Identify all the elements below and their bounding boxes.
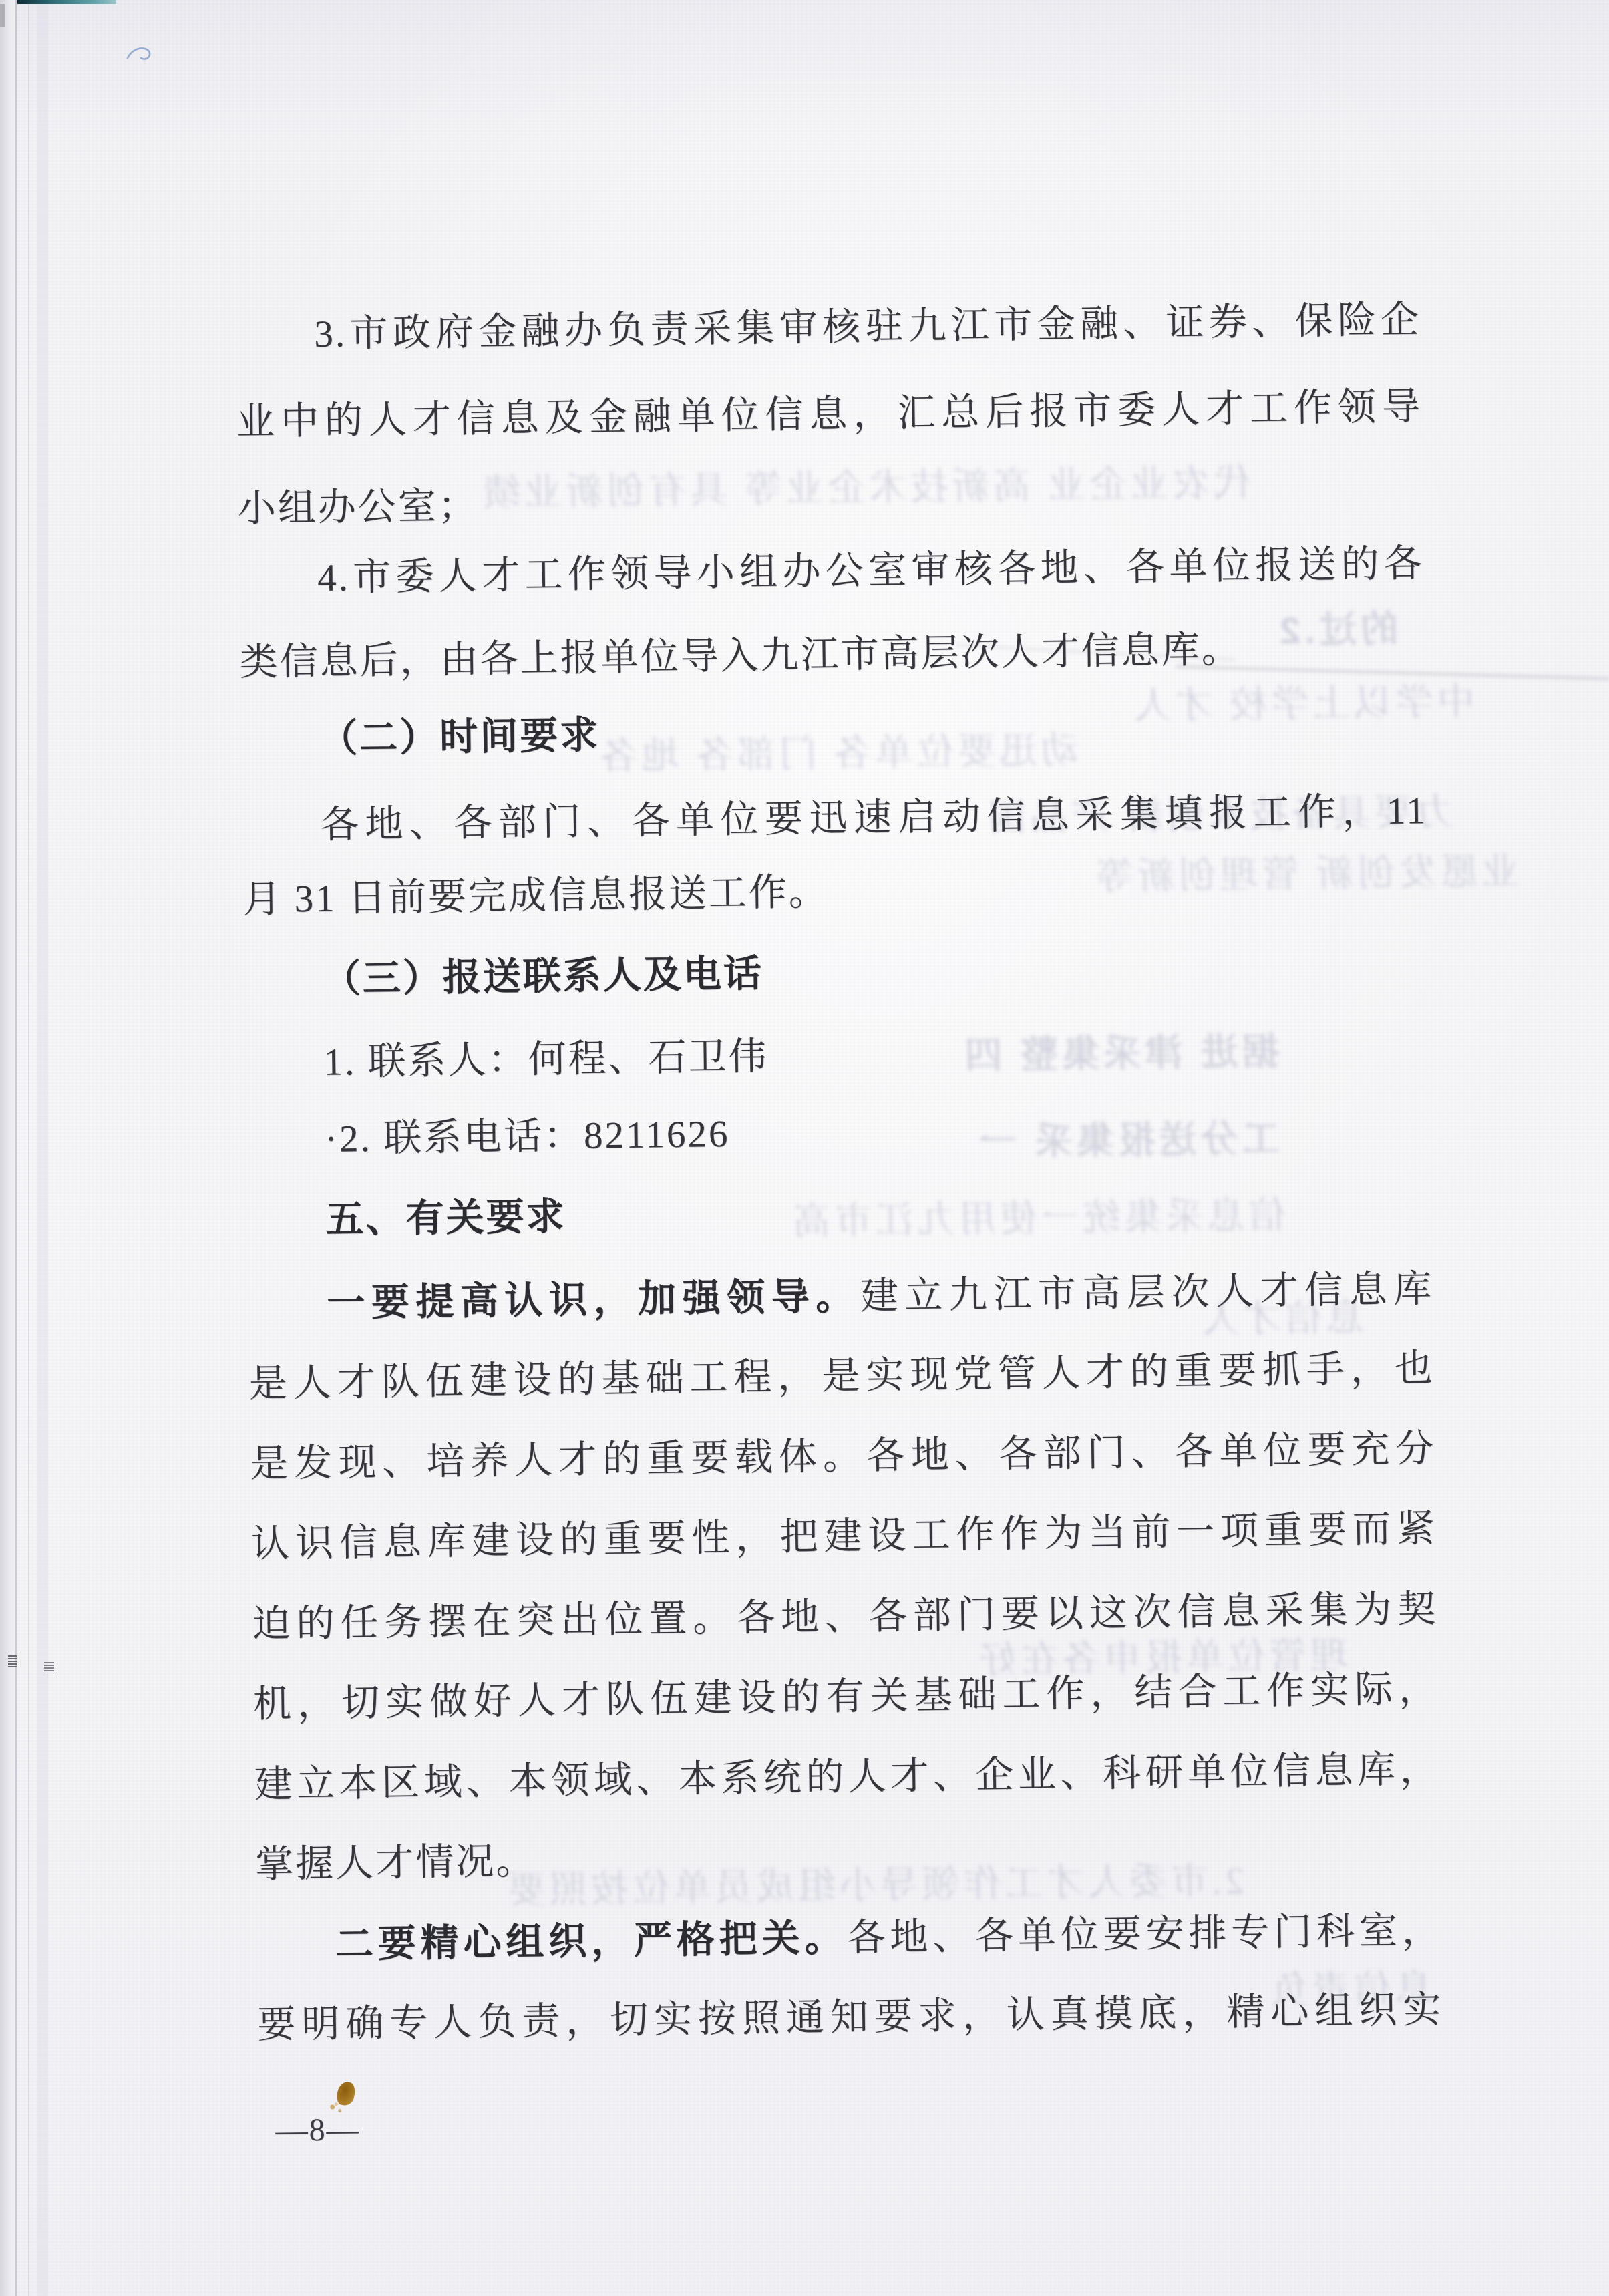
text-segment: 认识信息库建设的重要性，把建设工作作为当前一项重要而紧 — [251, 1508, 1437, 1565]
text-segment: 3.市政府金融办负责采集审核驻九江市金融、证券、保险企 — [314, 299, 1421, 355]
document-line: 要明确专人负责，切实按照通知要求，认真摸底，精心组织实 — [257, 1989, 1443, 2047]
document-line: 4.市委人才工作领导小组办公室审核各地、各单位报送的各 — [238, 542, 1425, 601]
document-line: 月 31 日前要完成信息报送工作。 — [242, 863, 1429, 921]
document-line: 各地、各部门、各单位要迅速启动信息采集填报工作，11 — [242, 790, 1428, 848]
document-line: 3.市政府金融办负责采集审核驻九江市金融、证券、保险企 — [235, 299, 1421, 357]
document-line: 是人才队伍建设的基础工程，是实现党管人才的重要抓手，也 — [248, 1347, 1435, 1406]
text-segment: 是人才队伍建设的基础工程，是实现党管人才的重要抓手，也 — [248, 1347, 1435, 1405]
document-line: 1. 联系人：何程、石卫伟 — [244, 1027, 1431, 1085]
bold-text-segment: 二要精心组织，严格把关。 — [335, 1917, 847, 1966]
text-segment: 类信息后，由各上报单位导入九江市高层次人才信息库。 — [239, 629, 1242, 684]
text-segment: 建立九江市高层次人才信息库 — [860, 1268, 1433, 1317]
document-line: 认识信息库建设的重要性，把建设工作作为当前一项重要而紧 — [251, 1508, 1437, 1566]
text-segment: 月 31 日前要完成信息报送工作。 — [242, 871, 829, 921]
bleedthrough-layer: 代农业企业 高新技术企业等 具有创新业绩的过.2中学以上学校 才人动迅要位单各 … — [0, 0, 1594, 3]
text-segment: 1. 联系人：何程、石卫伟 — [323, 1035, 769, 1084]
scan-skew-wrapper: 代农业企业 高新技术企业等 具有创新业绩的过.2中学以上学校 才人动迅要位单各 … — [0, 0, 1609, 2296]
text-segment: 建立本区域、本领域、本系统的人才、企业、科研单位信息库， — [254, 1748, 1440, 1806]
scanned-document-page: 代农业企业 高新技术企业等 具有创新业绩的过.2中学以上学校 才人动迅要位单各 … — [0, 0, 1609, 2296]
text-segment: ·2. 联系电话：8211626 — [325, 1113, 730, 1160]
text-segment: 是发现、培养人才的重要载体。各地、各部门、各单位要充分 — [250, 1428, 1436, 1485]
text-segment: 要明确专人负责，切实按照通知要求，认真摸底，精心组织实 — [257, 1989, 1443, 2046]
document-line: （二）时间要求 — [240, 703, 1427, 761]
text-segment: 小组办公室； — [237, 485, 478, 530]
text-segment: 机，切实做好人才队伍建设的有关基础工作，结合工作实际， — [253, 1668, 1439, 1726]
document-line: 建立本区域、本领域、本系统的人才、企业、科研单位信息库， — [254, 1748, 1440, 1806]
text-segment: 各地、各单位要安排专门科室， — [847, 1909, 1442, 1959]
bold-text-segment: 五、有关要求 — [325, 1195, 566, 1241]
document-line: 掌握人才情况。 — [255, 1828, 1441, 1887]
document-line: 业中的人才信息及金融单位信息，汇总后报市委人才工作领导 — [236, 385, 1423, 444]
document-line: 小组办公室； — [237, 472, 1423, 530]
bold-text-segment: （二）时间要求 — [319, 713, 600, 760]
document-line: 机，切实做好人才队伍建设的有关基础工作，结合工作实际， — [253, 1668, 1439, 1726]
document-line: 是发现、培养人才的重要载体。各地、各部门、各单位要充分 — [250, 1428, 1436, 1486]
text-segment: 业中的人才信息及金融单位信息，汇总后报市委人才工作领导 — [236, 385, 1423, 443]
page-number: —8— — [275, 2111, 360, 2149]
text-block: 3.市政府金融办负责采集审核驻九江市金融、证券、保险企业中的人才信息及金融单位信… — [0, 0, 1594, 3]
text-segment: 4.市委人才工作领导小组办公室审核各地、各单位报送的各 — [317, 542, 1425, 599]
document-line: （三）报送联系人及电话 — [244, 943, 1430, 1001]
bold-text-segment: （三）报送联系人及电话 — [323, 952, 764, 1001]
text-segment: 掌握人才情况。 — [255, 1840, 536, 1886]
document-line: 二要精心组织，严格把关。各地、各单位要安排专门科室， — [256, 1909, 1442, 1967]
bold-text-segment: 一要提高认识，加强领导。 — [327, 1275, 860, 1324]
